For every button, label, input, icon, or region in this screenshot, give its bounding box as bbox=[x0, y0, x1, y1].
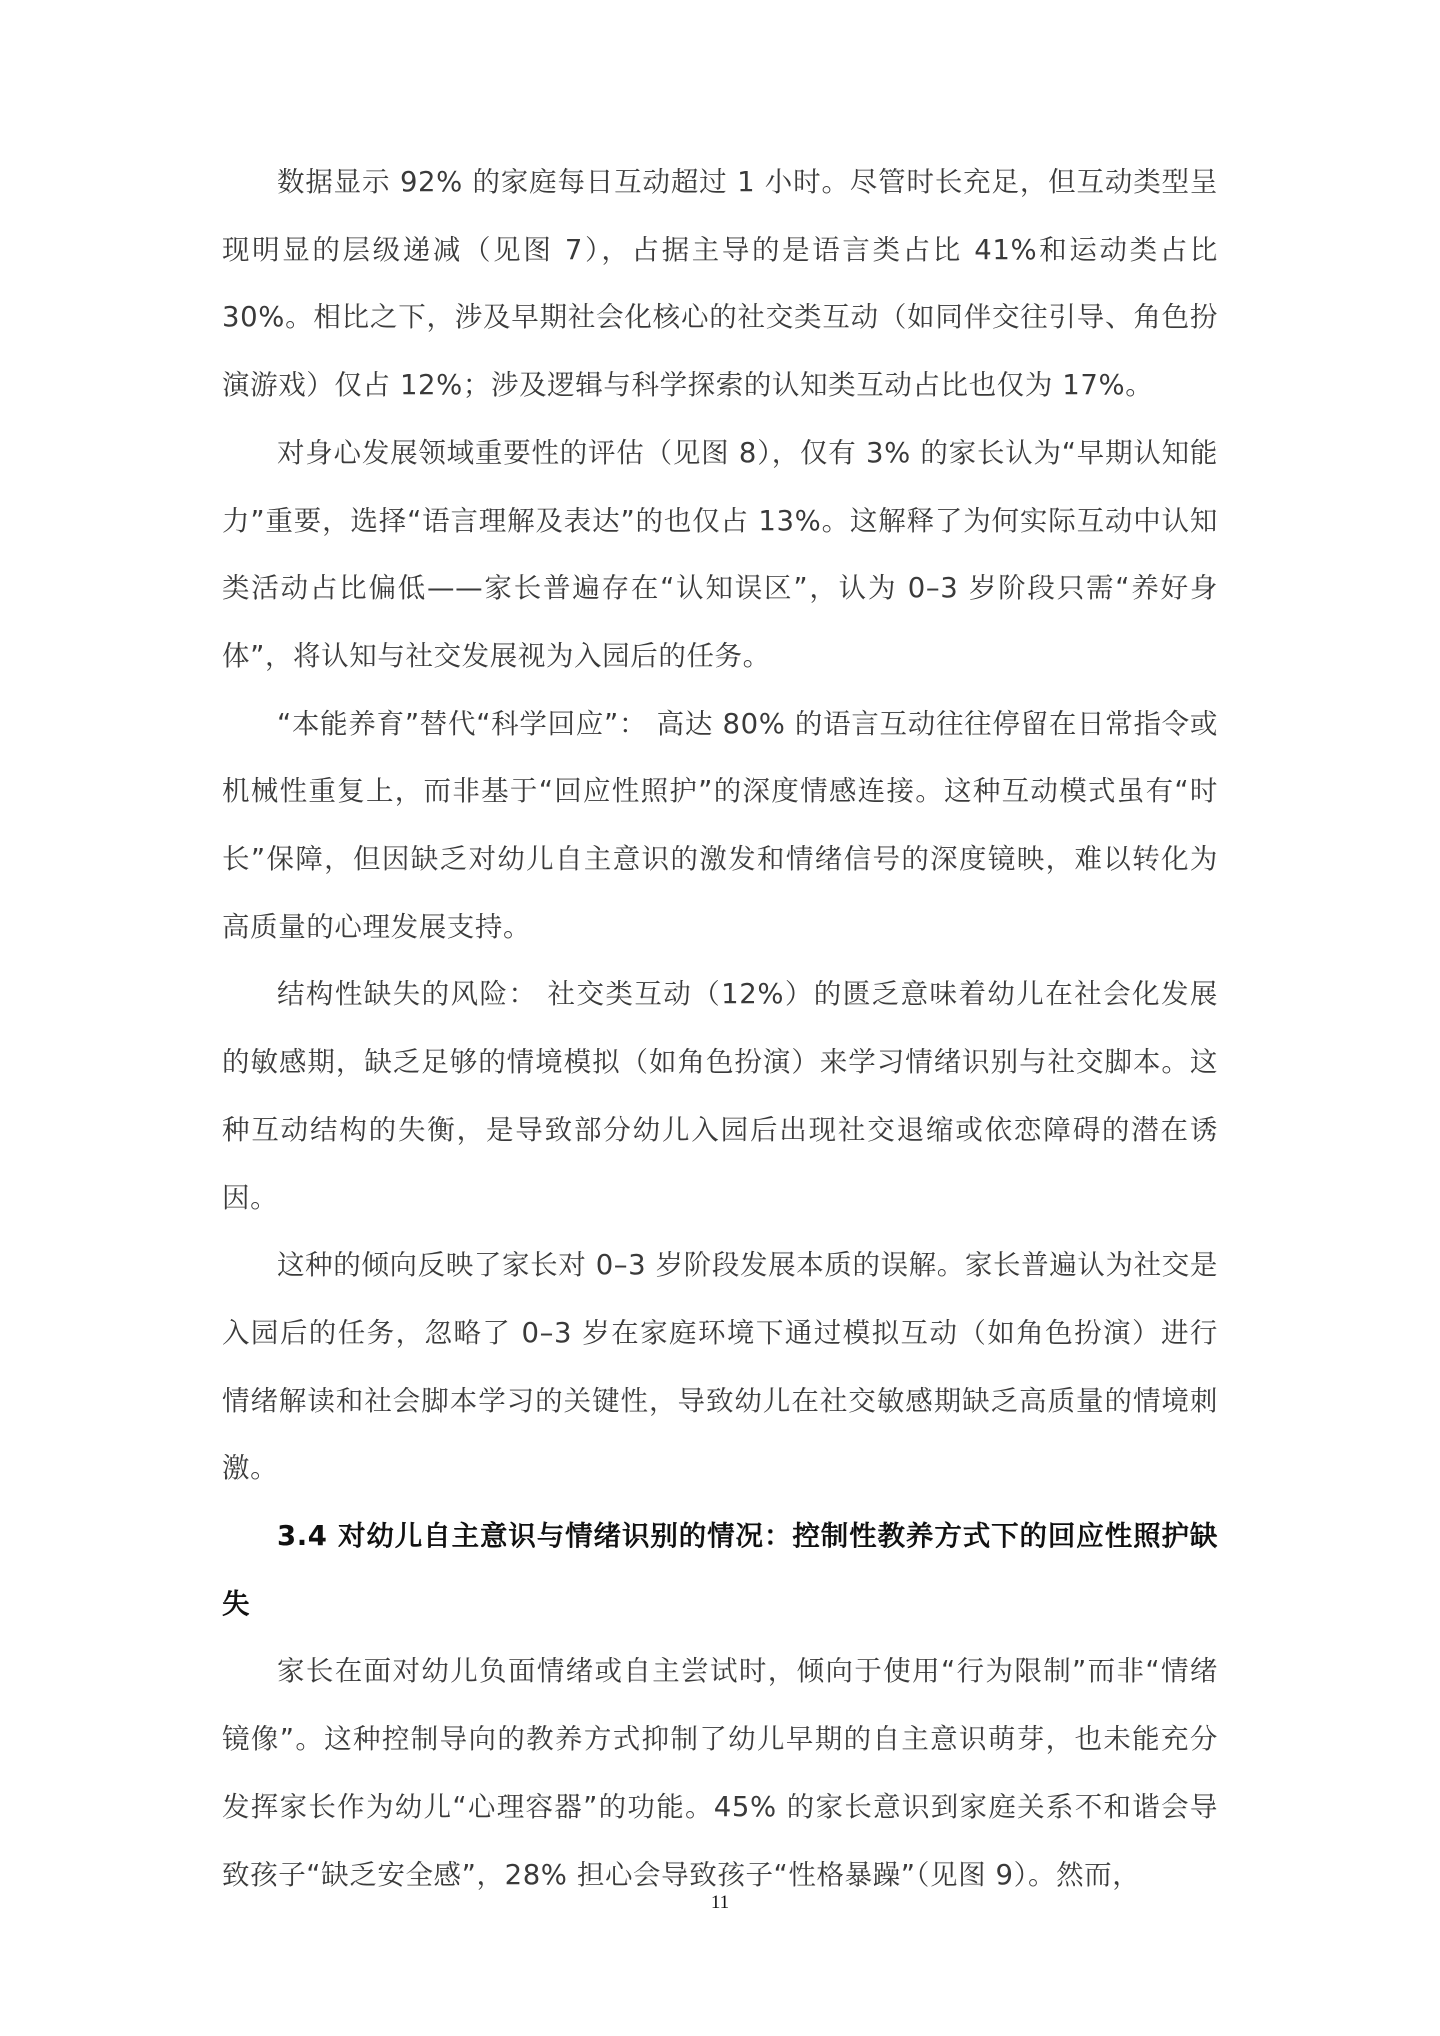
paragraph-parental-misunderstanding: 这种的倾向反映了家长对 0–3 岁阶段发展本质的误解。家长普遍认为社交是入园后的… bbox=[222, 1232, 1218, 1503]
paragraph-instinctive-parenting: “本能养育”替代“科学回应”： 高达 80% 的语言互动往往停留在日常指令或机械… bbox=[222, 691, 1218, 962]
section-heading-3-4: 3.4 对幼儿自主意识与情绪识别的情况：控制性教养方式下的回应性照护缺失 bbox=[222, 1503, 1218, 1638]
paragraph-structural-deficiency: 结构性缺失的风险： 社交类互动（12%）的匮乏意味着幼儿在社会化发展的敏感期，缺… bbox=[222, 961, 1218, 1232]
paragraph-controlling-parenting: 家长在面对幼儿负面情绪或自主尝试时，倾向于使用“行为限制”而非“情绪镜像”。这种… bbox=[222, 1638, 1218, 1909]
paragraph-development-importance: 对身心发展领域重要性的评估（见图 8），仅有 3% 的家长认为“早期认知能力”重… bbox=[222, 420, 1218, 691]
paragraph-interaction-duration: 数据显示 92% 的家庭每日互动超过 1 小时。尽管时长充足，但互动类型呈现明显… bbox=[222, 149, 1218, 420]
document-page-body: 数据显示 92% 的家庭每日互动超过 1 小时。尽管时长充足，但互动类型呈现明显… bbox=[222, 149, 1218, 1909]
page-number: 11 bbox=[0, 1892, 1440, 1914]
